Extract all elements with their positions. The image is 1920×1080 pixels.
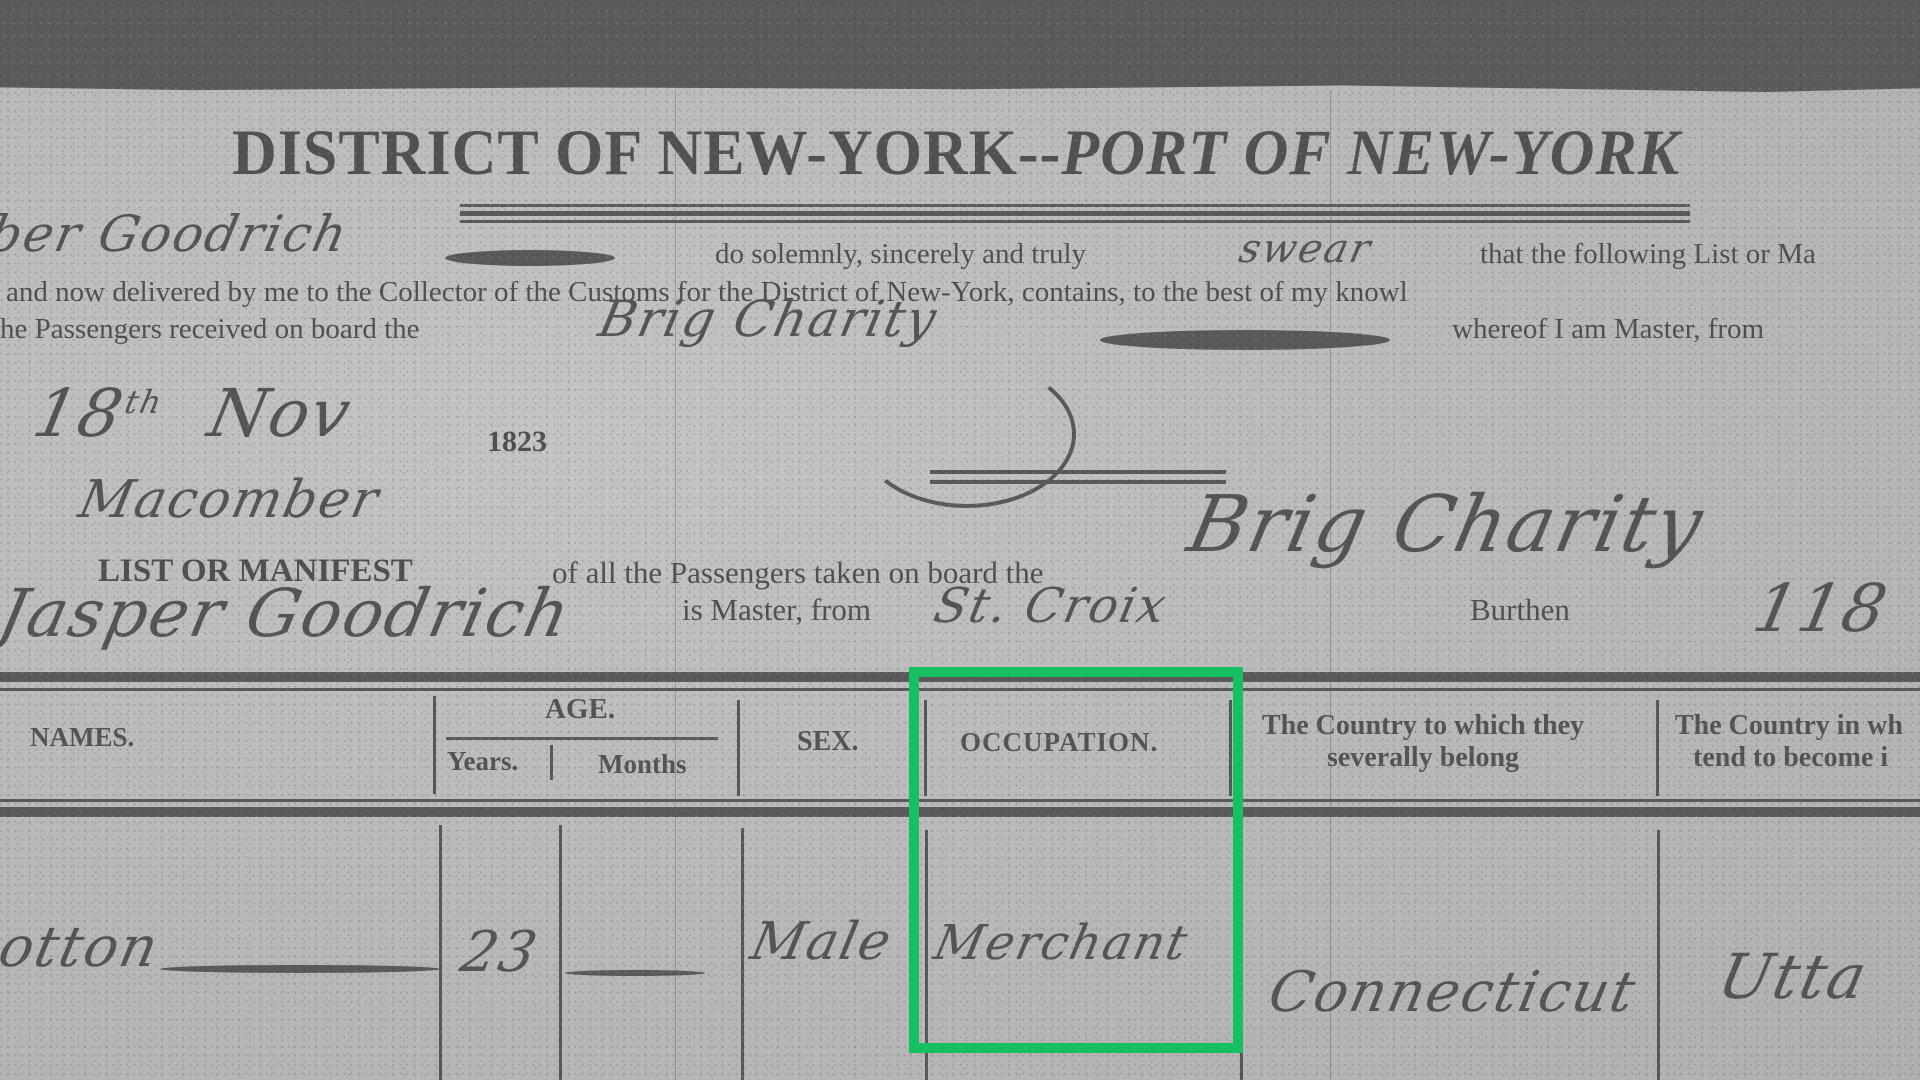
column-divider [439, 825, 442, 1080]
master-name-handwritten: ber Goodrich [0, 205, 354, 263]
scan-top-edge [0, 0, 1920, 92]
manifest-vessel-handwritten: Brig Charity [1180, 480, 1711, 570]
column-divider [1656, 700, 1659, 796]
title-port: PORT OF NEW-YORK [1061, 117, 1680, 188]
page-title: DISTRICT OF NEW-YORK--PORT OF NEW-YORK [232, 116, 1680, 191]
ink-flourish [160, 965, 440, 973]
manifest-text: is Master, from [682, 592, 871, 628]
date-year: 1823 [487, 425, 547, 459]
oath-swear-handwritten: swear [1235, 226, 1376, 272]
column-header-sex: SEX. [797, 726, 858, 758]
column-divider [433, 696, 436, 794]
column-header-names: NAMES. [30, 722, 134, 753]
column-header-years: Years. [447, 746, 518, 777]
title-district: DISTRICT OF NEW-YORK-- [232, 117, 1061, 188]
title-rule [460, 220, 1690, 223]
ink-flourish [858, 360, 1076, 508]
title-rule [460, 211, 1690, 216]
manifest-master-handwritten: Jasper Goodrich [0, 575, 578, 652]
signature-handwritten: Macomber [74, 470, 386, 530]
cell-country-become: Utta [1712, 940, 1875, 1013]
burthen-value-handwritten: 118 [1747, 570, 1895, 647]
title-rule [460, 204, 1690, 207]
manifest-from-handwritten: St. Croix [929, 578, 1173, 634]
ink-flourish [1100, 330, 1390, 350]
cell-name: otton [0, 915, 165, 980]
column-divider [741, 828, 744, 1080]
oath-text: whereof I am Master, from [1452, 313, 1764, 346]
column-divider [550, 745, 553, 780]
occupation-highlight-box [909, 667, 1243, 1053]
column-divider [1657, 830, 1660, 1080]
date-day-handwritten: 18th [27, 375, 169, 452]
ink-flourish [445, 250, 615, 266]
burthen-label: Burthen [1470, 592, 1570, 628]
vessel-handwritten: Brig Charity [594, 290, 943, 348]
column-header-months: Months [598, 749, 687, 780]
cell-years: 23 [455, 920, 544, 985]
cell-country-belong: Connecticut [1263, 960, 1642, 1025]
column-header-country-belong: The Country to which they severally belo… [1262, 710, 1584, 774]
column-divider [559, 825, 562, 1080]
column-header-age: AGE. [545, 693, 615, 726]
column-divider [737, 700, 740, 796]
column-header-country-become: The Country in wh tend to become i [1675, 710, 1903, 774]
cell-sex: Male [746, 912, 898, 972]
oath-text: do solemnly, sincerely and truly [715, 238, 1086, 271]
oath-text: he Passengers received on board the [0, 313, 420, 346]
age-subrule [446, 737, 718, 740]
date-month-handwritten: Nov [202, 375, 359, 452]
manifest-page: DISTRICT OF NEW-YORK--PORT OF NEW-YORK b… [0, 0, 1920, 1080]
ink-flourish [565, 970, 705, 976]
oath-text: that the following List or Ma [1480, 238, 1816, 271]
